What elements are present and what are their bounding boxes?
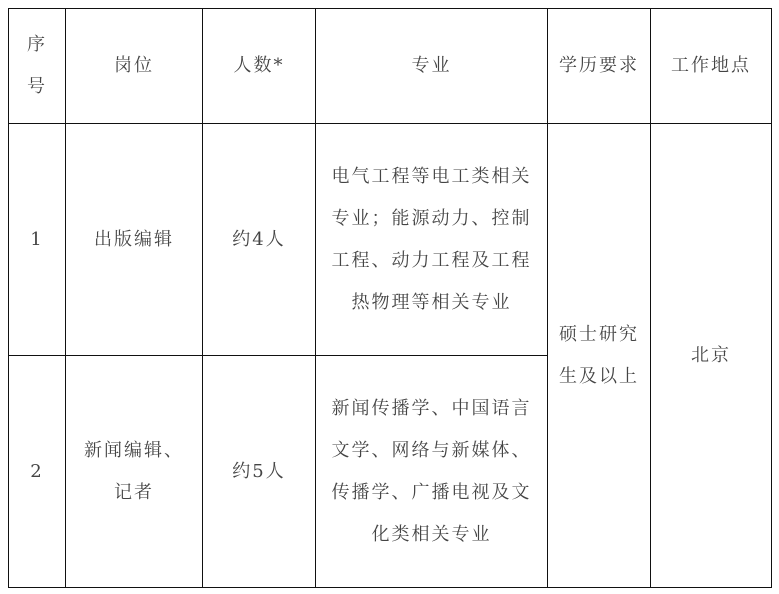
header-index-line: 号 (15, 66, 59, 108)
header-location: 工作地点 (651, 9, 772, 124)
cell-count: 约4人 (203, 124, 316, 356)
major-line: 热物理等相关专业 (322, 282, 541, 324)
header-count: 人数* (203, 9, 316, 124)
major-line: 电气工程等电工类相关 (322, 156, 541, 198)
cell-major: 新闻传播学、中国语言 文学、网络与新媒体、 传播学、广播电视及文 化类相关专业 (316, 356, 548, 588)
recruitment-table: 序 号 岗位 人数* 专业 学历要求 工作地点 1 出版编辑 约4人 电气工程等… (8, 8, 772, 588)
cell-location: 北京 (651, 124, 772, 588)
position-line: 新闻编辑、 (72, 430, 196, 472)
major-line: 工程、动力工程及工程 (322, 240, 541, 282)
cell-education: 硕士研究 生及以上 (548, 124, 651, 588)
education-line: 硕士研究 (554, 314, 644, 356)
header-index: 序 号 (9, 9, 66, 124)
header-major: 专业 (316, 9, 548, 124)
major-line: 化类相关专业 (322, 514, 541, 556)
cell-count: 约5人 (203, 356, 316, 588)
position-line: 记者 (72, 472, 196, 514)
cell-index: 1 (9, 124, 66, 356)
cell-position: 新闻编辑、 记者 (66, 356, 203, 588)
cell-position: 出版编辑 (66, 124, 203, 356)
major-line: 专业；能源动力、控制 (322, 198, 541, 240)
cell-index: 2 (9, 356, 66, 588)
major-line: 文学、网络与新媒体、 (322, 430, 541, 472)
header-index-line: 序 (15, 24, 59, 66)
table-row: 1 出版编辑 约4人 电气工程等电工类相关 专业；能源动力、控制 工程、动力工程… (9, 124, 772, 356)
major-line: 传播学、广播电视及文 (322, 472, 541, 514)
header-education: 学历要求 (548, 9, 651, 124)
header-position: 岗位 (66, 9, 203, 124)
education-line: 生及以上 (554, 356, 644, 398)
header-row: 序 号 岗位 人数* 专业 学历要求 工作地点 (9, 9, 772, 124)
major-line: 新闻传播学、中国语言 (322, 388, 541, 430)
cell-major: 电气工程等电工类相关 专业；能源动力、控制 工程、动力工程及工程 热物理等相关专… (316, 124, 548, 356)
